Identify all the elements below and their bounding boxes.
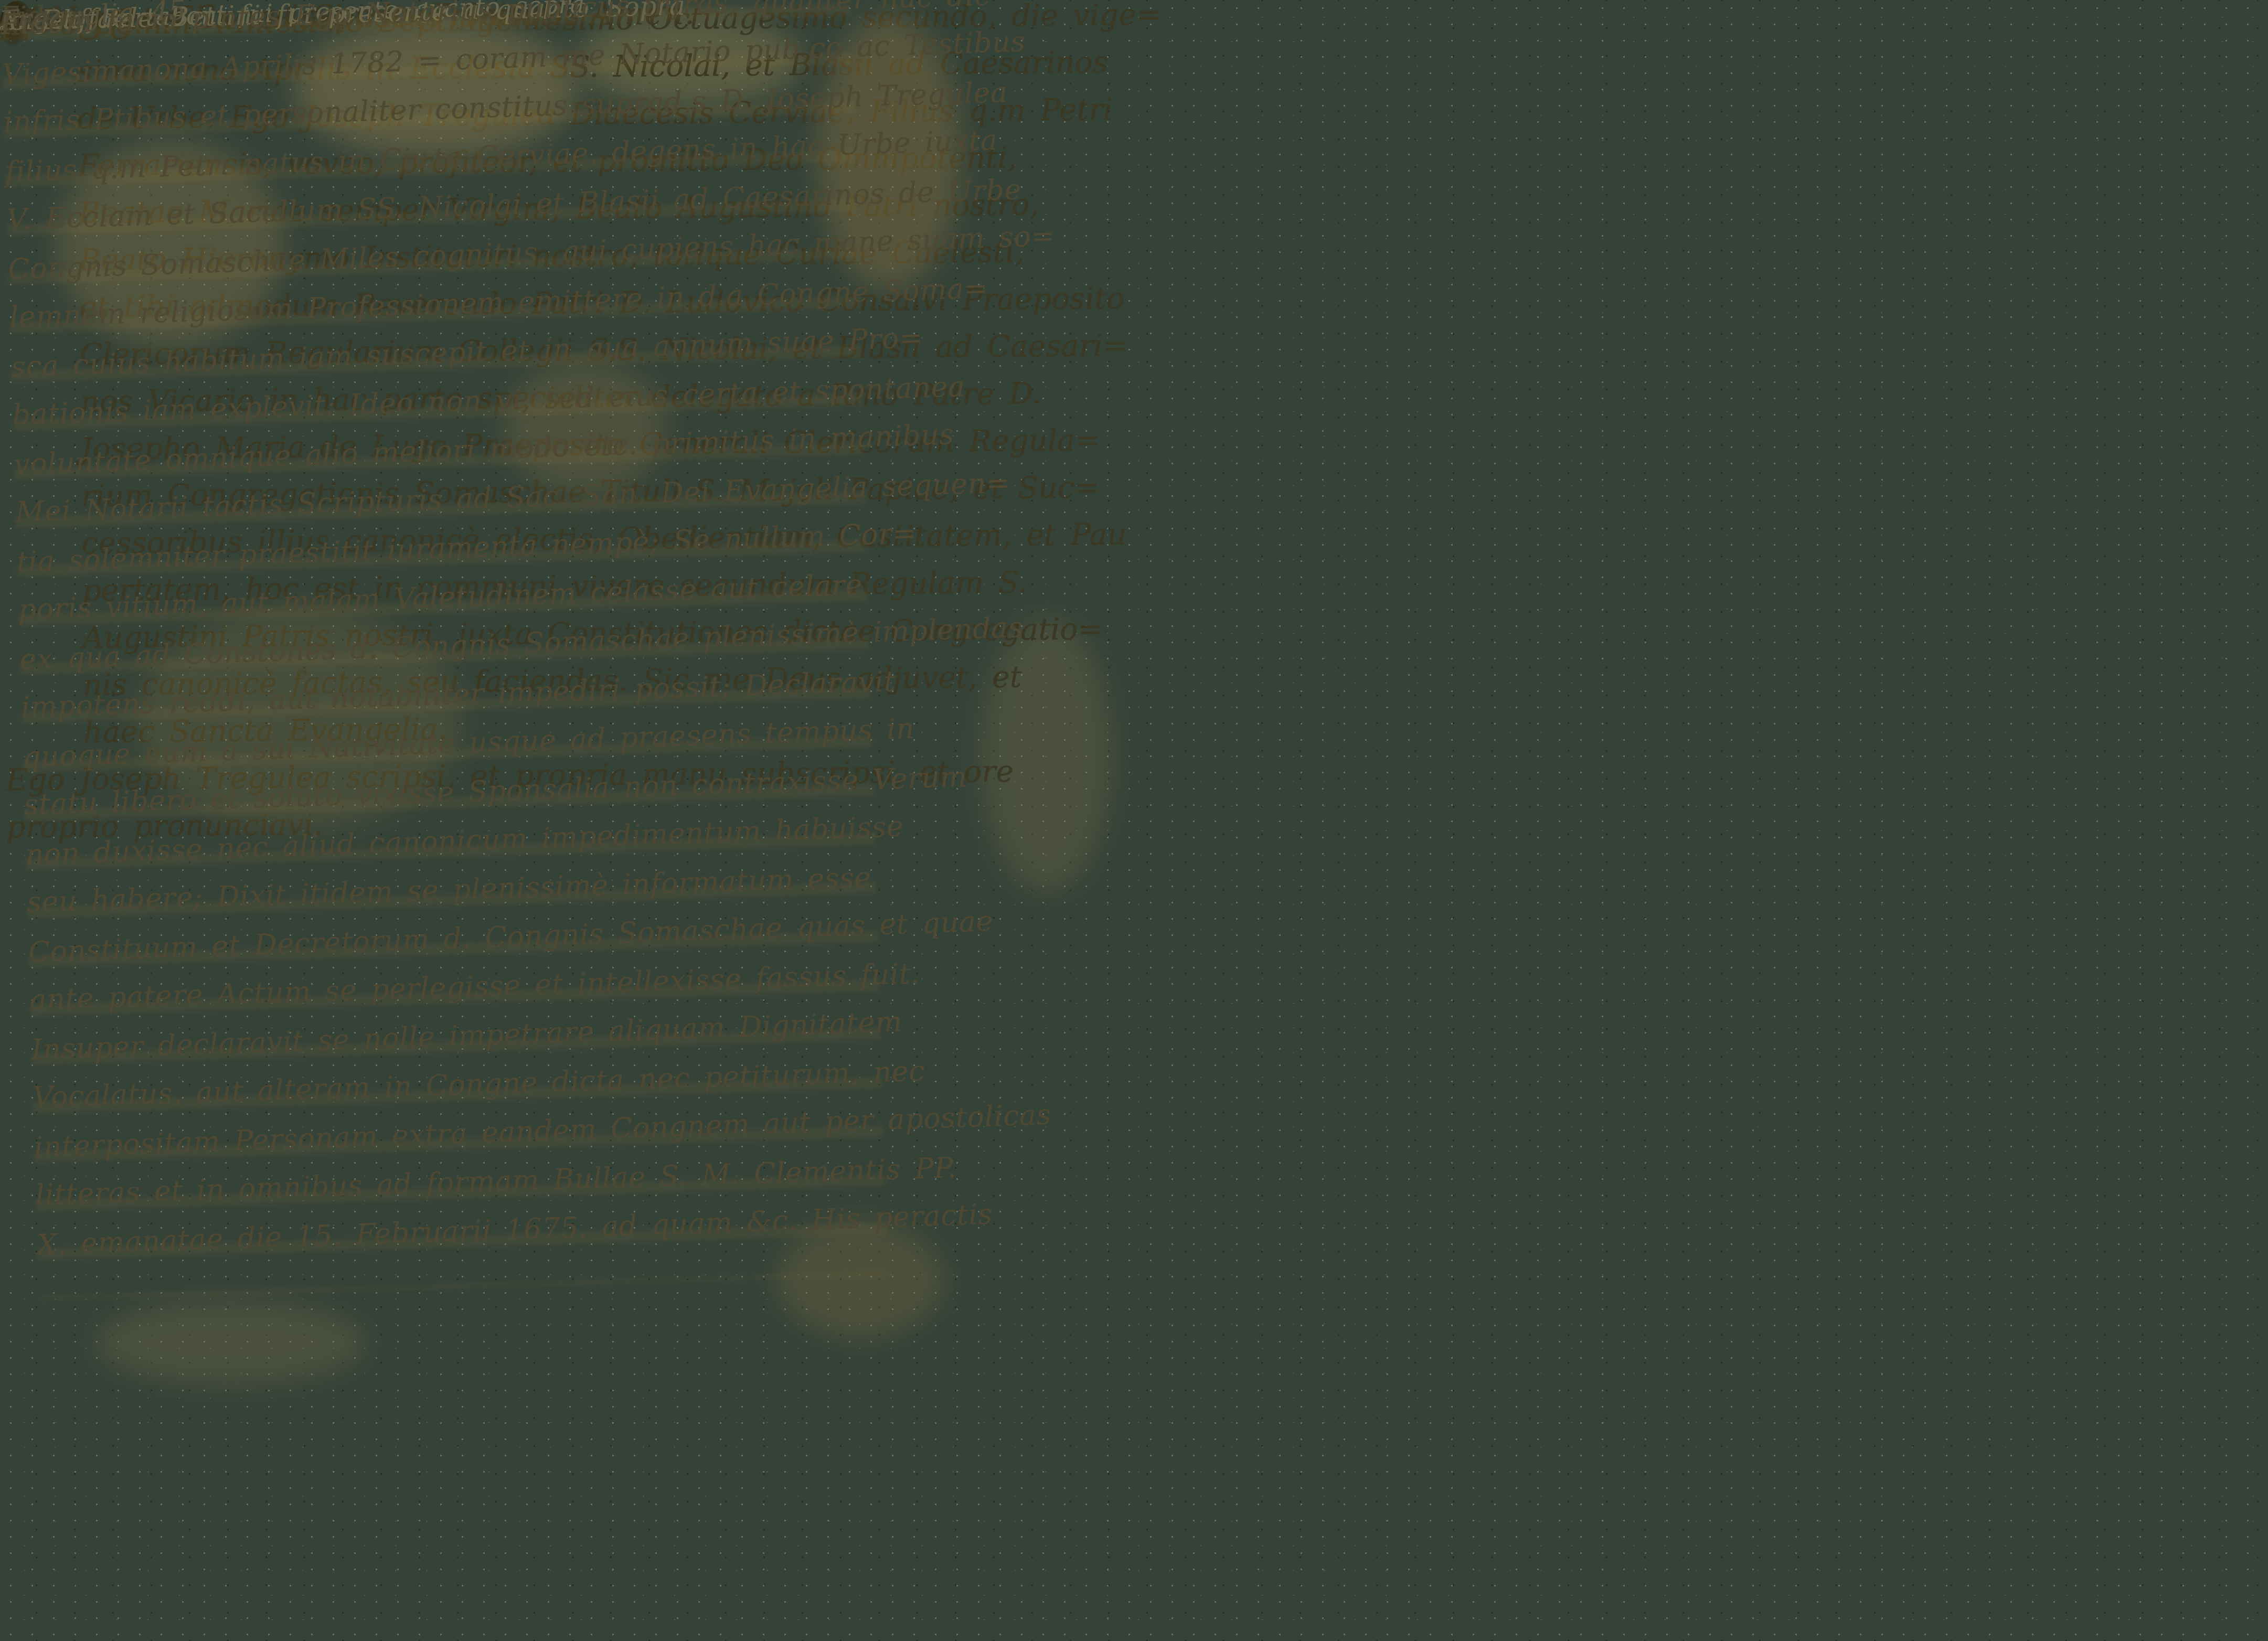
manuscript-photo: 44. In Nomine Sanctissimae Trinitatis Pa…: [0, 0, 2268, 1641]
notarial-attestation-body: Fidem facio p.ntes Ego Notarius publicus…: [0, 0, 928, 1268]
paper-stain: [94, 1301, 367, 1385]
